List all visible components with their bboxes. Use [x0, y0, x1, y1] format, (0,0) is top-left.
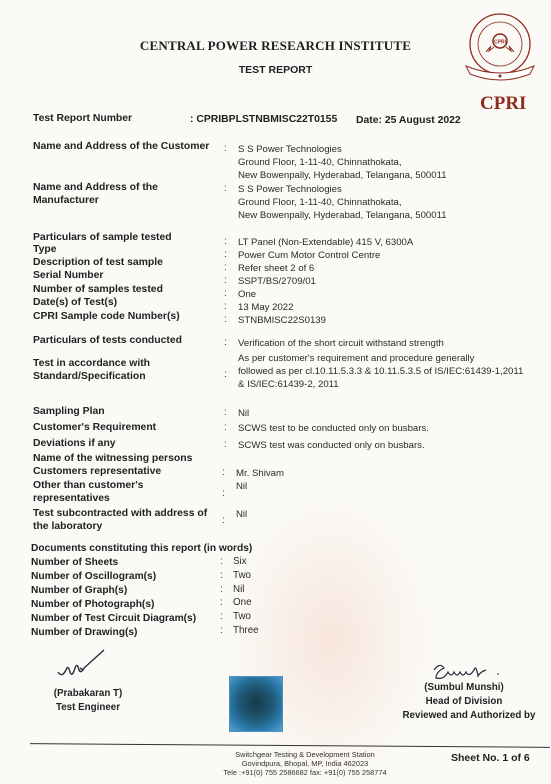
engineer-signature-icon	[52, 646, 112, 682]
colon: :	[222, 467, 225, 478]
colon: :	[224, 314, 227, 325]
standard-label: Test in accordance with Standard/Specifi…	[33, 358, 150, 384]
tests-conducted-value: Verification of the short circuit withst…	[238, 337, 444, 350]
doc-value-oscillograms: Two	[233, 570, 251, 581]
report-date: Date: 25 August 2022	[356, 115, 461, 126]
colon: :	[224, 439, 227, 450]
customer-value: S S Power Technologies Ground Floor, 1-1…	[238, 143, 447, 183]
colon: :	[220, 611, 223, 622]
colon: :	[220, 625, 223, 636]
doc-label-graphs: Number of Graph(s)	[31, 585, 127, 596]
customers-representative-label: Customers representative	[33, 466, 161, 479]
customer-requirement-label: Customer's Requirement	[33, 422, 156, 435]
authorization-note: Reviewed and Authorized by	[394, 710, 544, 721]
doc-label-drawings: Number of Drawing(s)	[31, 627, 137, 638]
engineer-name: (Prabakaran T)	[38, 688, 138, 699]
tests-conducted-label: Particulars of tests conducted	[33, 335, 182, 348]
svg-text:CPRI: CPRI	[494, 40, 507, 46]
colon: :	[224, 275, 227, 286]
colon: :	[222, 515, 225, 526]
documents-heading: Documents constituting this report (in w…	[31, 543, 252, 554]
witnessing-persons-label: Name of the witnessing persons	[33, 453, 192, 466]
serial-number-value: SSPT/BS/2709/01	[238, 275, 316, 288]
sample-tested-label: Particulars of sample tested	[33, 232, 172, 245]
cpri-emblem-icon: CPRI	[460, 8, 540, 88]
head-name: (Sumbul Munshi)	[404, 682, 524, 693]
test-report-page: CENTRAL POWER RESEARCH INSTITUTE TEST RE…	[0, 0, 551, 784]
description-value: Refer sheet 2 of 6	[238, 262, 314, 275]
customer-requirement-value: SCWS test to be conducted only on busbar…	[238, 422, 429, 435]
colon: :	[224, 422, 227, 433]
sample-tested-value: LT Panel (Non-Extendable) 415 V, 6300A	[238, 236, 413, 249]
doc-label-sheets: Number of Sheets	[31, 557, 118, 568]
manufacturer-label: Name and Address of the Manufacturer	[33, 182, 158, 208]
type-value: Power Cum Motor Control Centre	[238, 249, 380, 262]
footer-address: Switchgear Testing & Development Station…	[215, 750, 395, 777]
sheet-number: Sheet No. 1 of 6	[451, 752, 530, 764]
serial-number-label: Serial Number	[33, 270, 103, 283]
cpri-logo-text: CPRI	[480, 93, 526, 115]
subcontracted-label: Test subcontracted with address of the l…	[33, 508, 207, 534]
doc-label-circuit-diagrams: Number of Test Circuit Diagram(s)	[31, 613, 196, 624]
colon: :	[224, 288, 227, 299]
doc-label-oscillograms: Number of Oscillogram(s)	[31, 571, 156, 582]
colon: :	[224, 369, 227, 380]
head-role: Head of Division	[404, 696, 524, 707]
colon: :	[224, 249, 227, 260]
colon: :	[224, 183, 227, 194]
paper-stain	[230, 500, 430, 780]
colon: :	[224, 236, 227, 247]
test-date-label: Date(s) of Test(s)	[33, 297, 117, 310]
doc-value-graphs: Nil	[233, 584, 244, 595]
type-label: Type	[33, 244, 56, 257]
colon: :	[224, 337, 227, 348]
deviations-value: SCWS test was conducted only on busbars.	[238, 439, 425, 452]
sampling-plan-value: Nil	[238, 407, 249, 420]
description-label: Description of test sample	[33, 257, 163, 270]
doc-value-sheets: Six	[233, 556, 247, 567]
customers-representative-value: Mr. Shivam	[236, 467, 284, 480]
other-representatives-value: Nil	[236, 480, 247, 493]
colon: :	[220, 556, 223, 567]
report-number-value: : CPRIBPLSTNBMISC22T0155	[190, 114, 337, 125]
doc-value-drawings: Three	[233, 625, 259, 636]
standard-value: As per customer's requirement and proced…	[238, 352, 523, 392]
colon: :	[224, 262, 227, 273]
sample-code-label: CPRI Sample code Number(s)	[33, 311, 180, 324]
colon: :	[220, 584, 223, 595]
samples-count-label: Number of samples tested	[33, 284, 163, 297]
subcontracted-value: Nil	[236, 508, 247, 521]
colon: :	[224, 301, 227, 312]
colon: :	[220, 597, 223, 608]
doc-label-photographs: Number of Photograph(s)	[31, 599, 154, 610]
engineer-role: Test Engineer	[38, 702, 138, 713]
report-number-label: Test Report Number	[33, 113, 132, 126]
test-date-value: 13 May 2022	[238, 301, 293, 314]
colon: :	[222, 488, 225, 499]
sample-code-value: STNBMISC22S0139	[238, 314, 326, 327]
doc-value-photographs: One	[233, 597, 252, 608]
footer-divider	[30, 743, 550, 748]
sampling-plan-label: Sampling Plan	[33, 406, 105, 419]
other-representatives-label: Other than customer's representatives	[33, 480, 143, 506]
samples-count-value: One	[238, 288, 256, 301]
manufacturer-value: S S Power Technologies Ground Floor, 1-1…	[238, 183, 447, 223]
deviations-label: Deviations if any	[33, 438, 116, 451]
colon: :	[224, 407, 227, 418]
doc-value-circuit-diagrams: Two	[233, 611, 251, 622]
colon: :	[220, 570, 223, 581]
colon: :	[224, 143, 227, 154]
hologram-seal-icon	[229, 676, 283, 732]
customer-label: Name and Address of the Customer	[33, 141, 209, 154]
head-signature-icon	[428, 660, 508, 684]
